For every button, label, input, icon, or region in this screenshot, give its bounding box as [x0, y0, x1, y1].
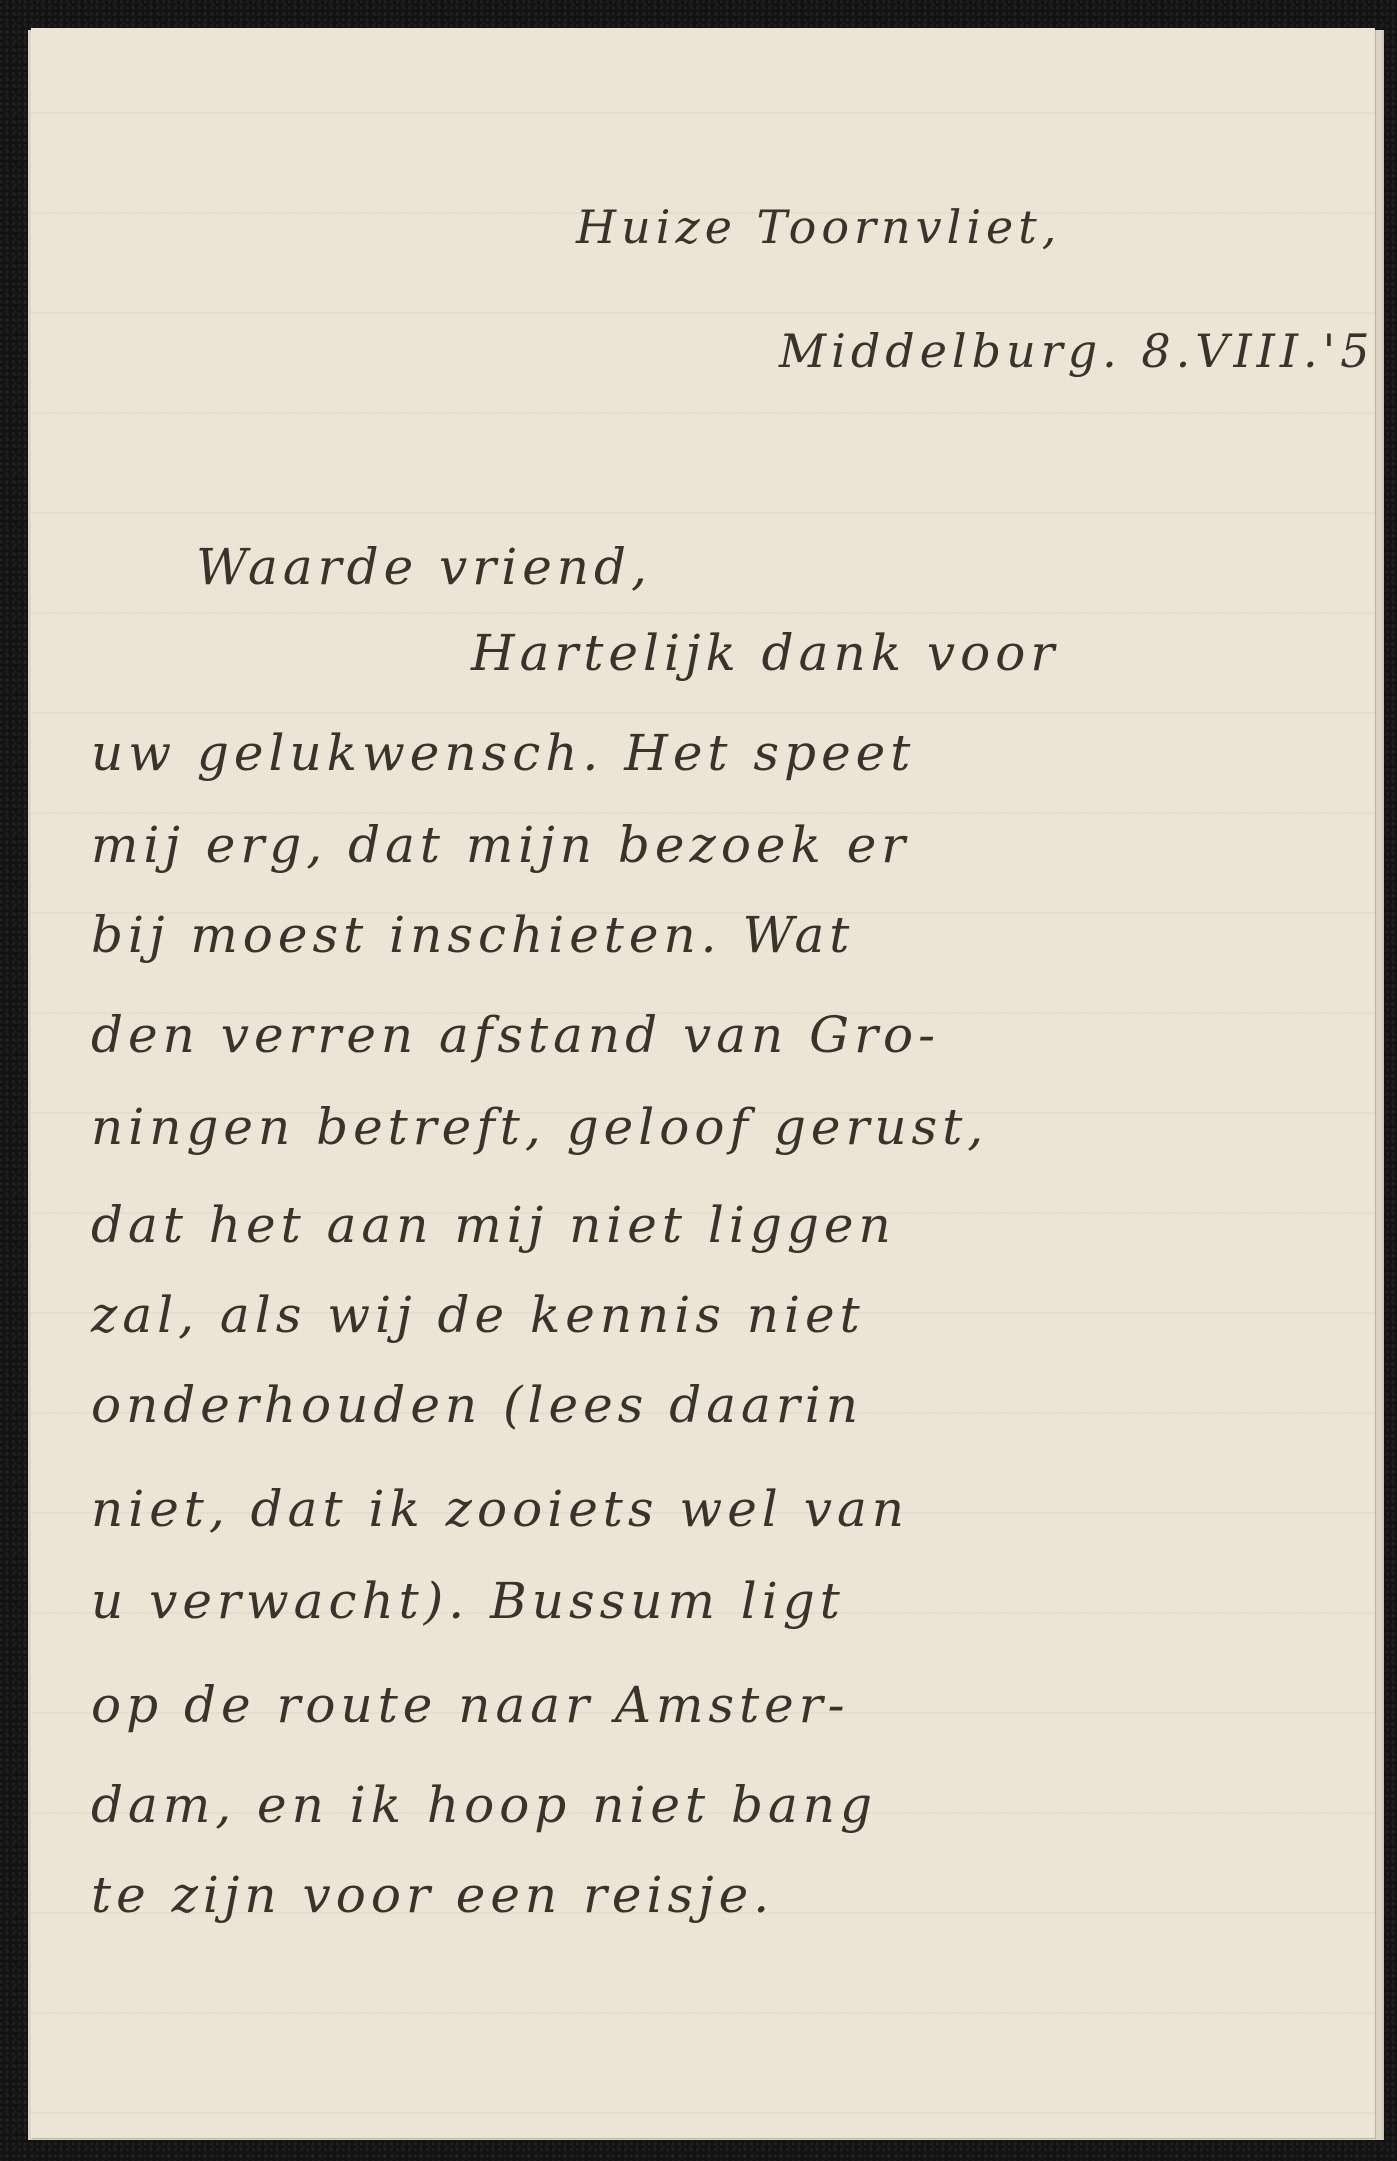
letter-body-line: op de route naar Amster-	[91, 1680, 850, 1730]
letter-body-line: dam, en ik hoop niet bang	[91, 1780, 877, 1830]
letter-body-line: onderhouden (lees daarin	[91, 1380, 863, 1430]
letter-salutation: Waarde vriend,	[196, 542, 652, 592]
letter-body-line: dat het aan mij niet liggen	[91, 1200, 896, 1250]
letter-body-line: mij erg, dat mijn bezoek er	[91, 820, 910, 870]
letter-body-line: niet, dat ik zooiets wel van	[91, 1484, 909, 1534]
letter-page: Huize Toornvliet, Middelburg. 8.VIII.'5 …	[31, 28, 1375, 2138]
letter-body-line: u verwacht). Bussum ligt	[91, 1576, 845, 1626]
letter-body-line: ningen betreft, geloof gerust,	[91, 1102, 988, 1152]
letter-body-line: den verren afstand van Gro-	[91, 1010, 940, 1060]
letter-body-line: zal, als wij de kennis niet	[91, 1290, 865, 1340]
letter-address: Huize Toornvliet,	[576, 204, 1061, 250]
letter-place-date: Middelburg. 8.VIII.'5	[779, 328, 1375, 374]
letter-body-line: Hartelijk dank voor	[471, 628, 1059, 678]
letter-body-line: bij moest inschieten. Wat	[91, 910, 854, 960]
letter-body-line: te zijn voor een reisje.	[91, 1870, 774, 1920]
letter-body-line: uw gelukwensch. Het speet	[91, 728, 915, 778]
